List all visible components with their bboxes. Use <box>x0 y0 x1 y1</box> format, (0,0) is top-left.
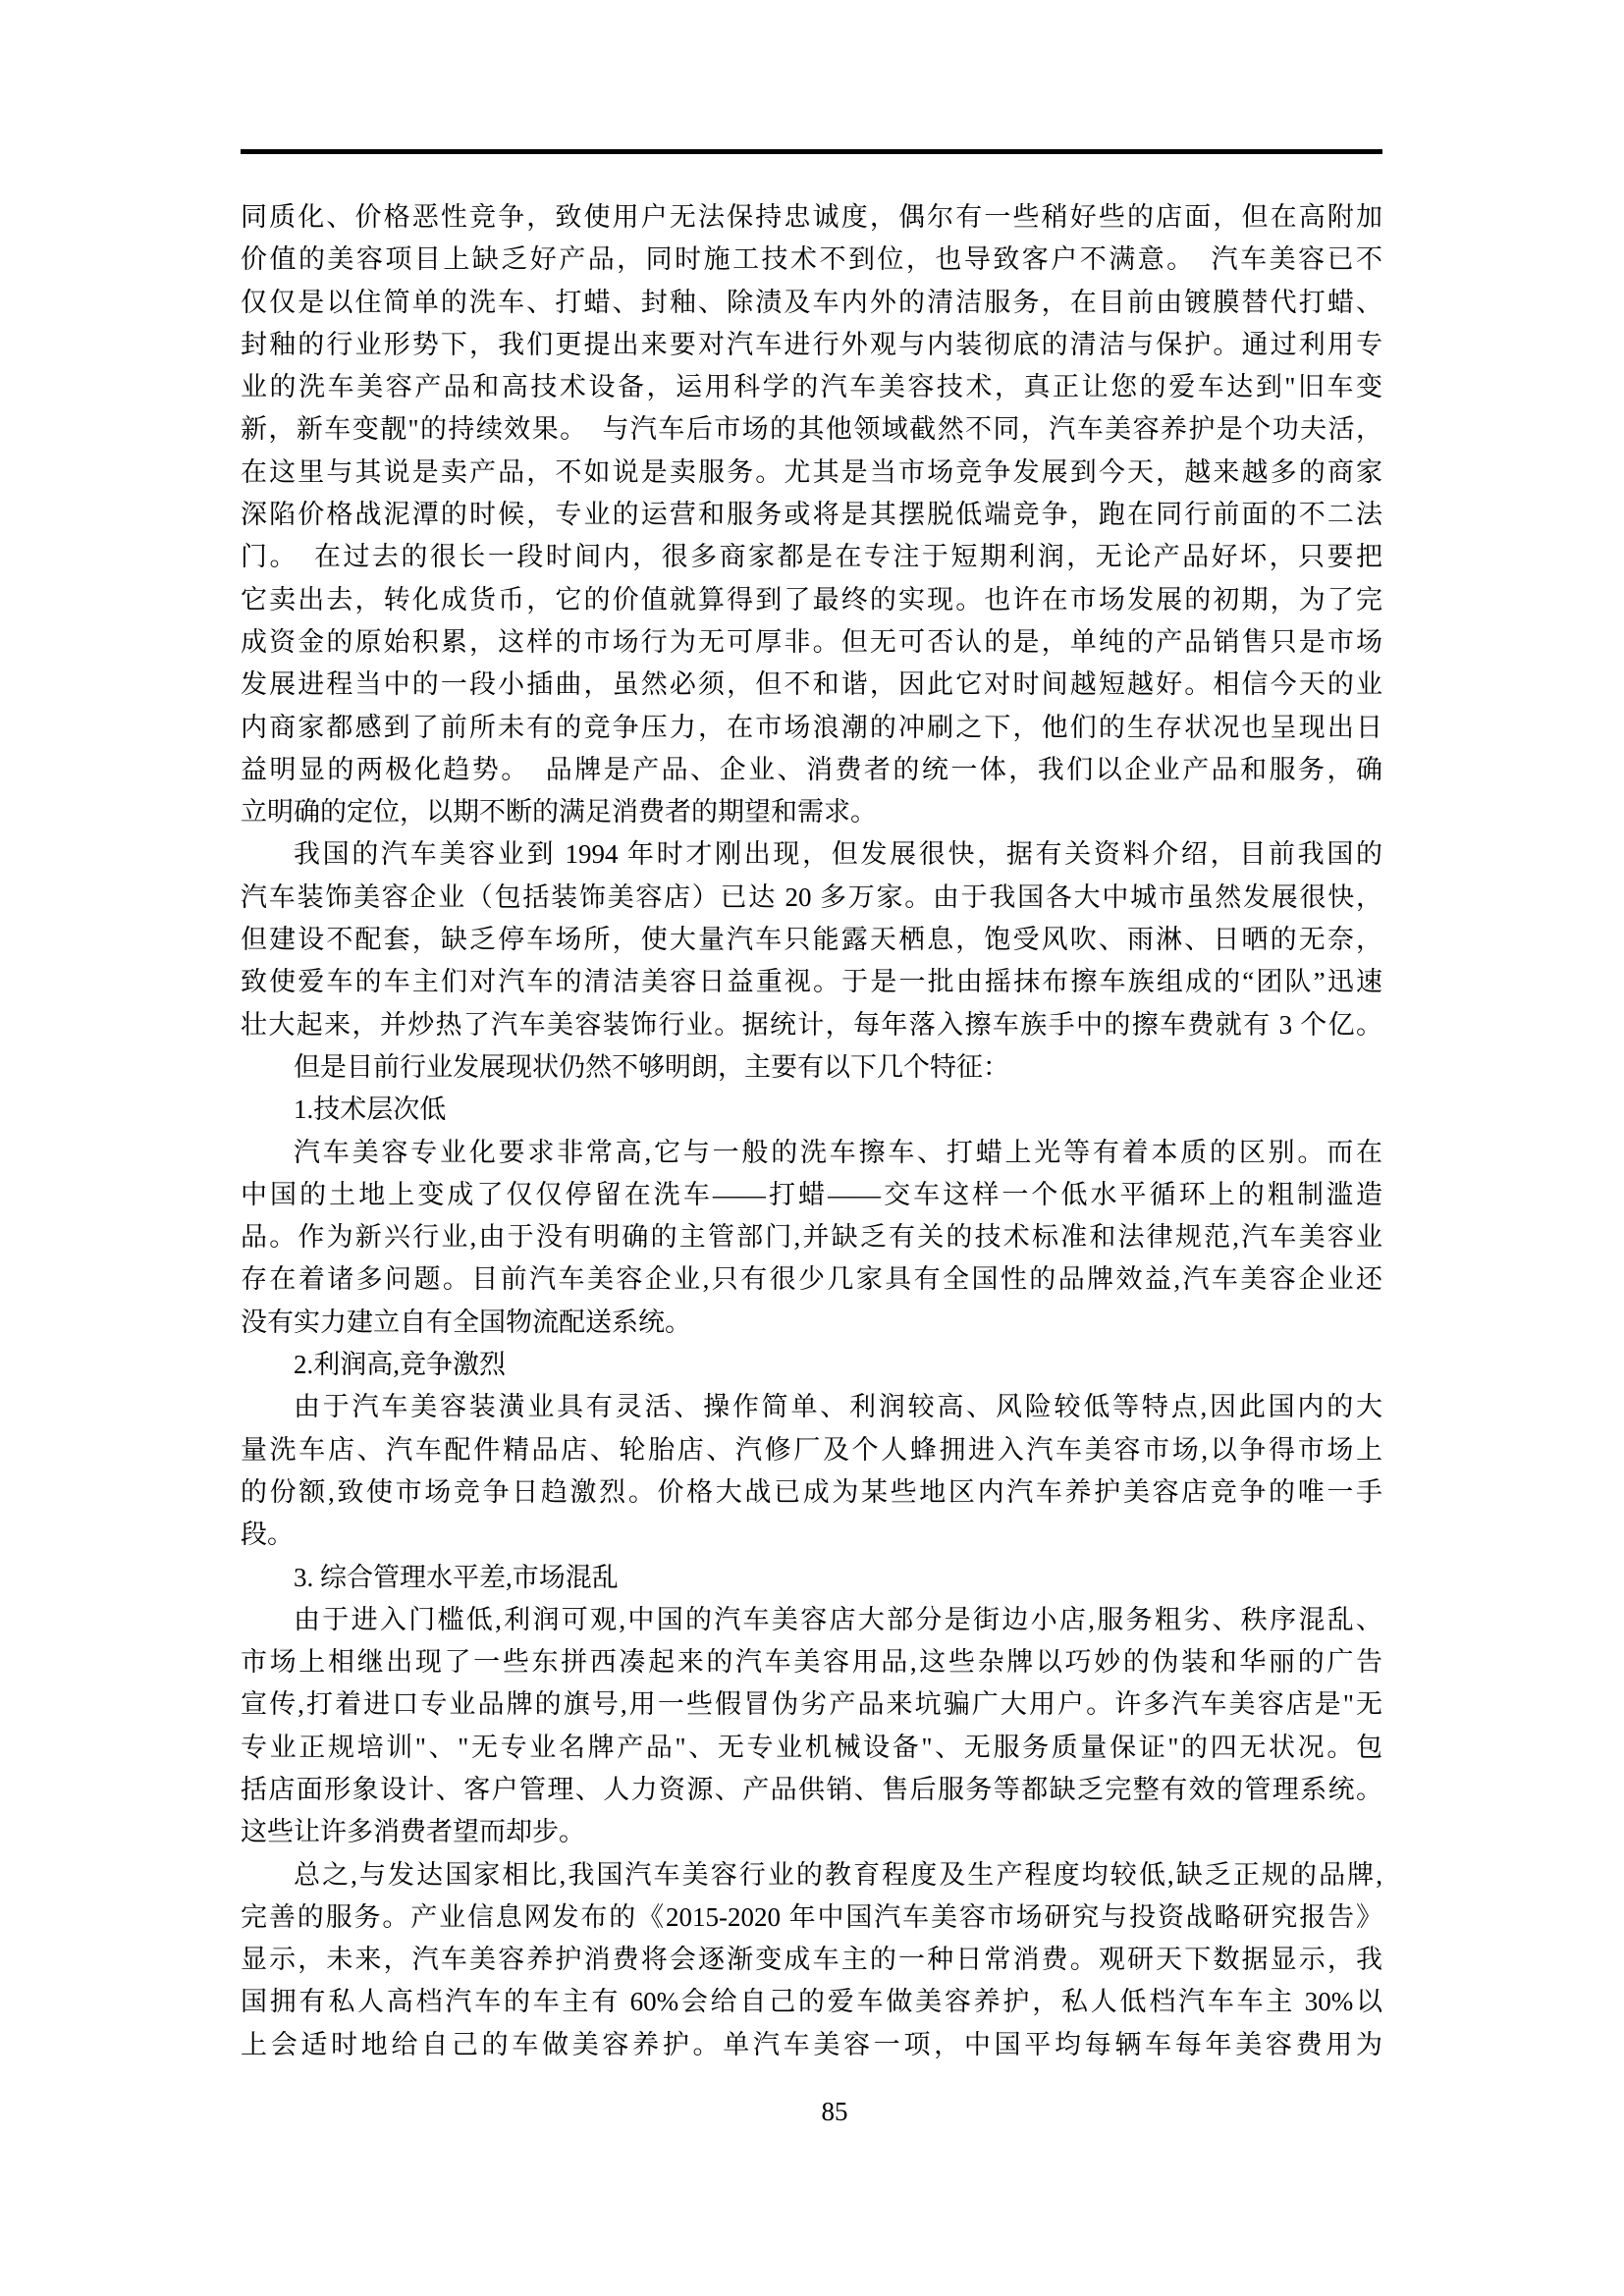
text-line: 它卖出去，转化成货币，它的价值就算得到了最终的实现。也许在市场发展的初期，为了完 <box>241 579 1382 621</box>
text-line: 专业正规培训"、"无专业名牌产品"、无专业机械设备"、无服务质量保证"的四无状况… <box>241 1727 1382 1769</box>
text-line: 壮大起来，并炒热了汽车美容装饰行业。据统计，每年落入擦车族手中的擦车费就有 3 … <box>241 1004 1382 1046</box>
text-line: 品。作为新兴行业,由于没有明确的主管部门,并缺乏有关的技术标准和法律规范,汽车美… <box>241 1216 1382 1258</box>
text-line: 显示，未来，汽车美容养护消费将会逐渐变成车主的一种日常消费。观研天下数据显示，我 <box>241 1939 1382 1981</box>
text-line: 量洗车店、汽车配件精品店、轮胎店、汽修厂及个人蜂拥进入汽车美容市场,以争得市场上 <box>241 1429 1382 1471</box>
text-line: 但建设不配套，缺乏停车场所，使大量汽车只能露天栖息，饱受风吹、雨淋、日晒的无奈， <box>241 919 1382 961</box>
document-page: 同质化、价格恶性竞争，致使用户无法保持忠诚度，偶尔有一些稍好些的店面，但在高附加… <box>0 0 1624 2296</box>
text-line: 汽车美容专业化要求非常高,它与一般的洗车擦车、打蜡上光等有着本质的区别。而在 <box>241 1132 1382 1174</box>
text-line: 价值的美容项目上缺乏好产品，同时施工技术不到位，也导致客户不满意。 汽车美容已不 <box>241 239 1382 281</box>
text-line: 的份额,致使市场竞争日趋激烈。价格大战已成为某些地区内汽车养护美容店竞争的唯一手 <box>241 1471 1382 1514</box>
text-line: 总之,与发达国家相比,我国汽车美容行业的教育程度及生产程度均较低,缺乏正规的品牌… <box>241 1854 1382 1896</box>
text-line: 国拥有私人高档汽车的车主有 60%会给自己的爱车做美容养护，私人低档汽车车主 3… <box>241 1981 1382 2023</box>
text-line: 我国的汽车美容业到 1994 年时才刚出现，但发展很快，据有关资料介绍，目前我国… <box>241 833 1382 876</box>
text-line: 深陷价格战泥潭的时候，专业的运营和服务或将是其摆脱低端竞争，跑在同行前面的不二法 <box>241 494 1382 536</box>
text-line: 存在着诸多问题。目前汽车美容企业,只有很少几家具有全国性的品牌效益,汽车美容企业… <box>241 1258 1382 1301</box>
text-line: 在这里与其说是卖产品，不如说是卖服务。尤其是当市场竞争发展到今天，越来越多的商家 <box>241 452 1382 494</box>
text-line: 宣传,打着进口专业品牌的旗号,用一些假冒伪劣产品来坑骗广大用户。许多汽车美容店是… <box>241 1683 1382 1726</box>
text-line: 仅仅是以住简单的洗车、打蜡、封釉、除渍及车内外的清洁服务，在目前由镀膜替代打蜡、 <box>241 282 1382 324</box>
text-line: 括店面形象设计、客户管理、人力资源、产品供销、售后服务等都缺乏完整有效的管理系统… <box>241 1769 1382 1811</box>
text-line: 2.利润高,竞争激烈 <box>241 1344 1382 1386</box>
text-line: 上会适时地给自己的车做美容养护。单汽车美容一项，中国平均每辆车每年美容费用为 <box>241 2024 1382 2066</box>
text-line: 市场上相继出现了一些东拼西凑起来的汽车美容用品,这些杂牌以巧妙的伪装和华丽的广告 <box>241 1641 1382 1683</box>
text-line: 这些让许多消费者望而却步。 <box>241 1811 1382 1853</box>
text-line: 成资金的原始积累，这样的市场行为无可厚非。但无可否认的是，单纯的产品销售只是市场 <box>241 621 1382 664</box>
text-line: 立明确的定位，以期不断的满足消费者的期望和需求。 <box>241 791 1382 833</box>
page-number: 85 <box>822 2097 848 2126</box>
text-line: 没有实力建立自有全国物流配送系统。 <box>241 1302 1382 1344</box>
text-line: 新，新车变靓"的持续效果。 与汽车后市场的其他领域截然不同，汽车美容养护是个功夫… <box>241 408 1382 451</box>
text-line: 益明显的两极化趋势。 品牌是产品、企业、消费者的统一体，我们以企业产品和服务，确 <box>241 749 1382 791</box>
text-line: 中国的土地上变成了仅仅停留在洗车——打蜡——交车这样一个低水平循环上的粗制滥造 <box>241 1174 1382 1216</box>
text-line: 业的洗车美容产品和高技术设备，运用科学的汽车美容技术，真正让您的爱车达到"旧车变 <box>241 366 1382 408</box>
text-line: 同质化、价格恶性竞争，致使用户无法保持忠诚度，偶尔有一些稍好些的店面，但在高附加 <box>241 196 1382 239</box>
text-line: 但是目前行业发展现状仍然不够明朗，主要有以下几个特征： <box>241 1046 1382 1089</box>
text-line: 由于汽车美容装潢业具有灵活、操作简单、利润较高、风险较低等特点,因此国内的大 <box>241 1386 1382 1428</box>
text-body: 同质化、价格恶性竞争，致使用户无法保持忠诚度，偶尔有一些稍好些的店面，但在高附加… <box>241 196 1382 2066</box>
text-line: 封釉的行业形势下，我们更提出来要对汽车进行外观与内装彻底的清洁与保护。通过利用专 <box>241 324 1382 366</box>
text-line: 门。 在过去的很长一段时间内，很多商家都是在专注于短期利润，无论产品好坏，只要把 <box>241 536 1382 578</box>
text-line: 内商家都感到了前所未有的竞争压力，在市场浪潮的冲刷之下，他们的生存状况也呈现出日 <box>241 707 1382 749</box>
text-line: 完善的服务。产业信息网发布的《2015-2020 年中国汽车美容市场研究与投资战… <box>241 1896 1382 1939</box>
header-rule <box>241 149 1382 154</box>
text-line: 3. 综合管理水平差,市场混乱 <box>241 1557 1382 1599</box>
text-line: 由于进入门槛低,利润可观,中国的汽车美容店大部分是街边小店,服务粗劣、秩序混乱、 <box>241 1599 1382 1641</box>
page-number-container: 85 <box>241 2095 1429 2128</box>
text-line: 发展进程当中的一段小插曲，虽然必须，但不和谐，因此它对时间越短越好。相信今天的业 <box>241 664 1382 706</box>
text-line: 汽车装饰美容企业（包括装饰美容店）已达 20 多万家。由于我国各大中城市虽然发展… <box>241 877 1382 919</box>
text-line: 致使爱车的车主们对汽车的清洁美容日益重视。于是一批由摇抹布擦车族组成的“团队”迅… <box>241 961 1382 1003</box>
text-line: 段。 <box>241 1514 1382 1556</box>
text-line: 1.技术层次低 <box>241 1089 1382 1131</box>
